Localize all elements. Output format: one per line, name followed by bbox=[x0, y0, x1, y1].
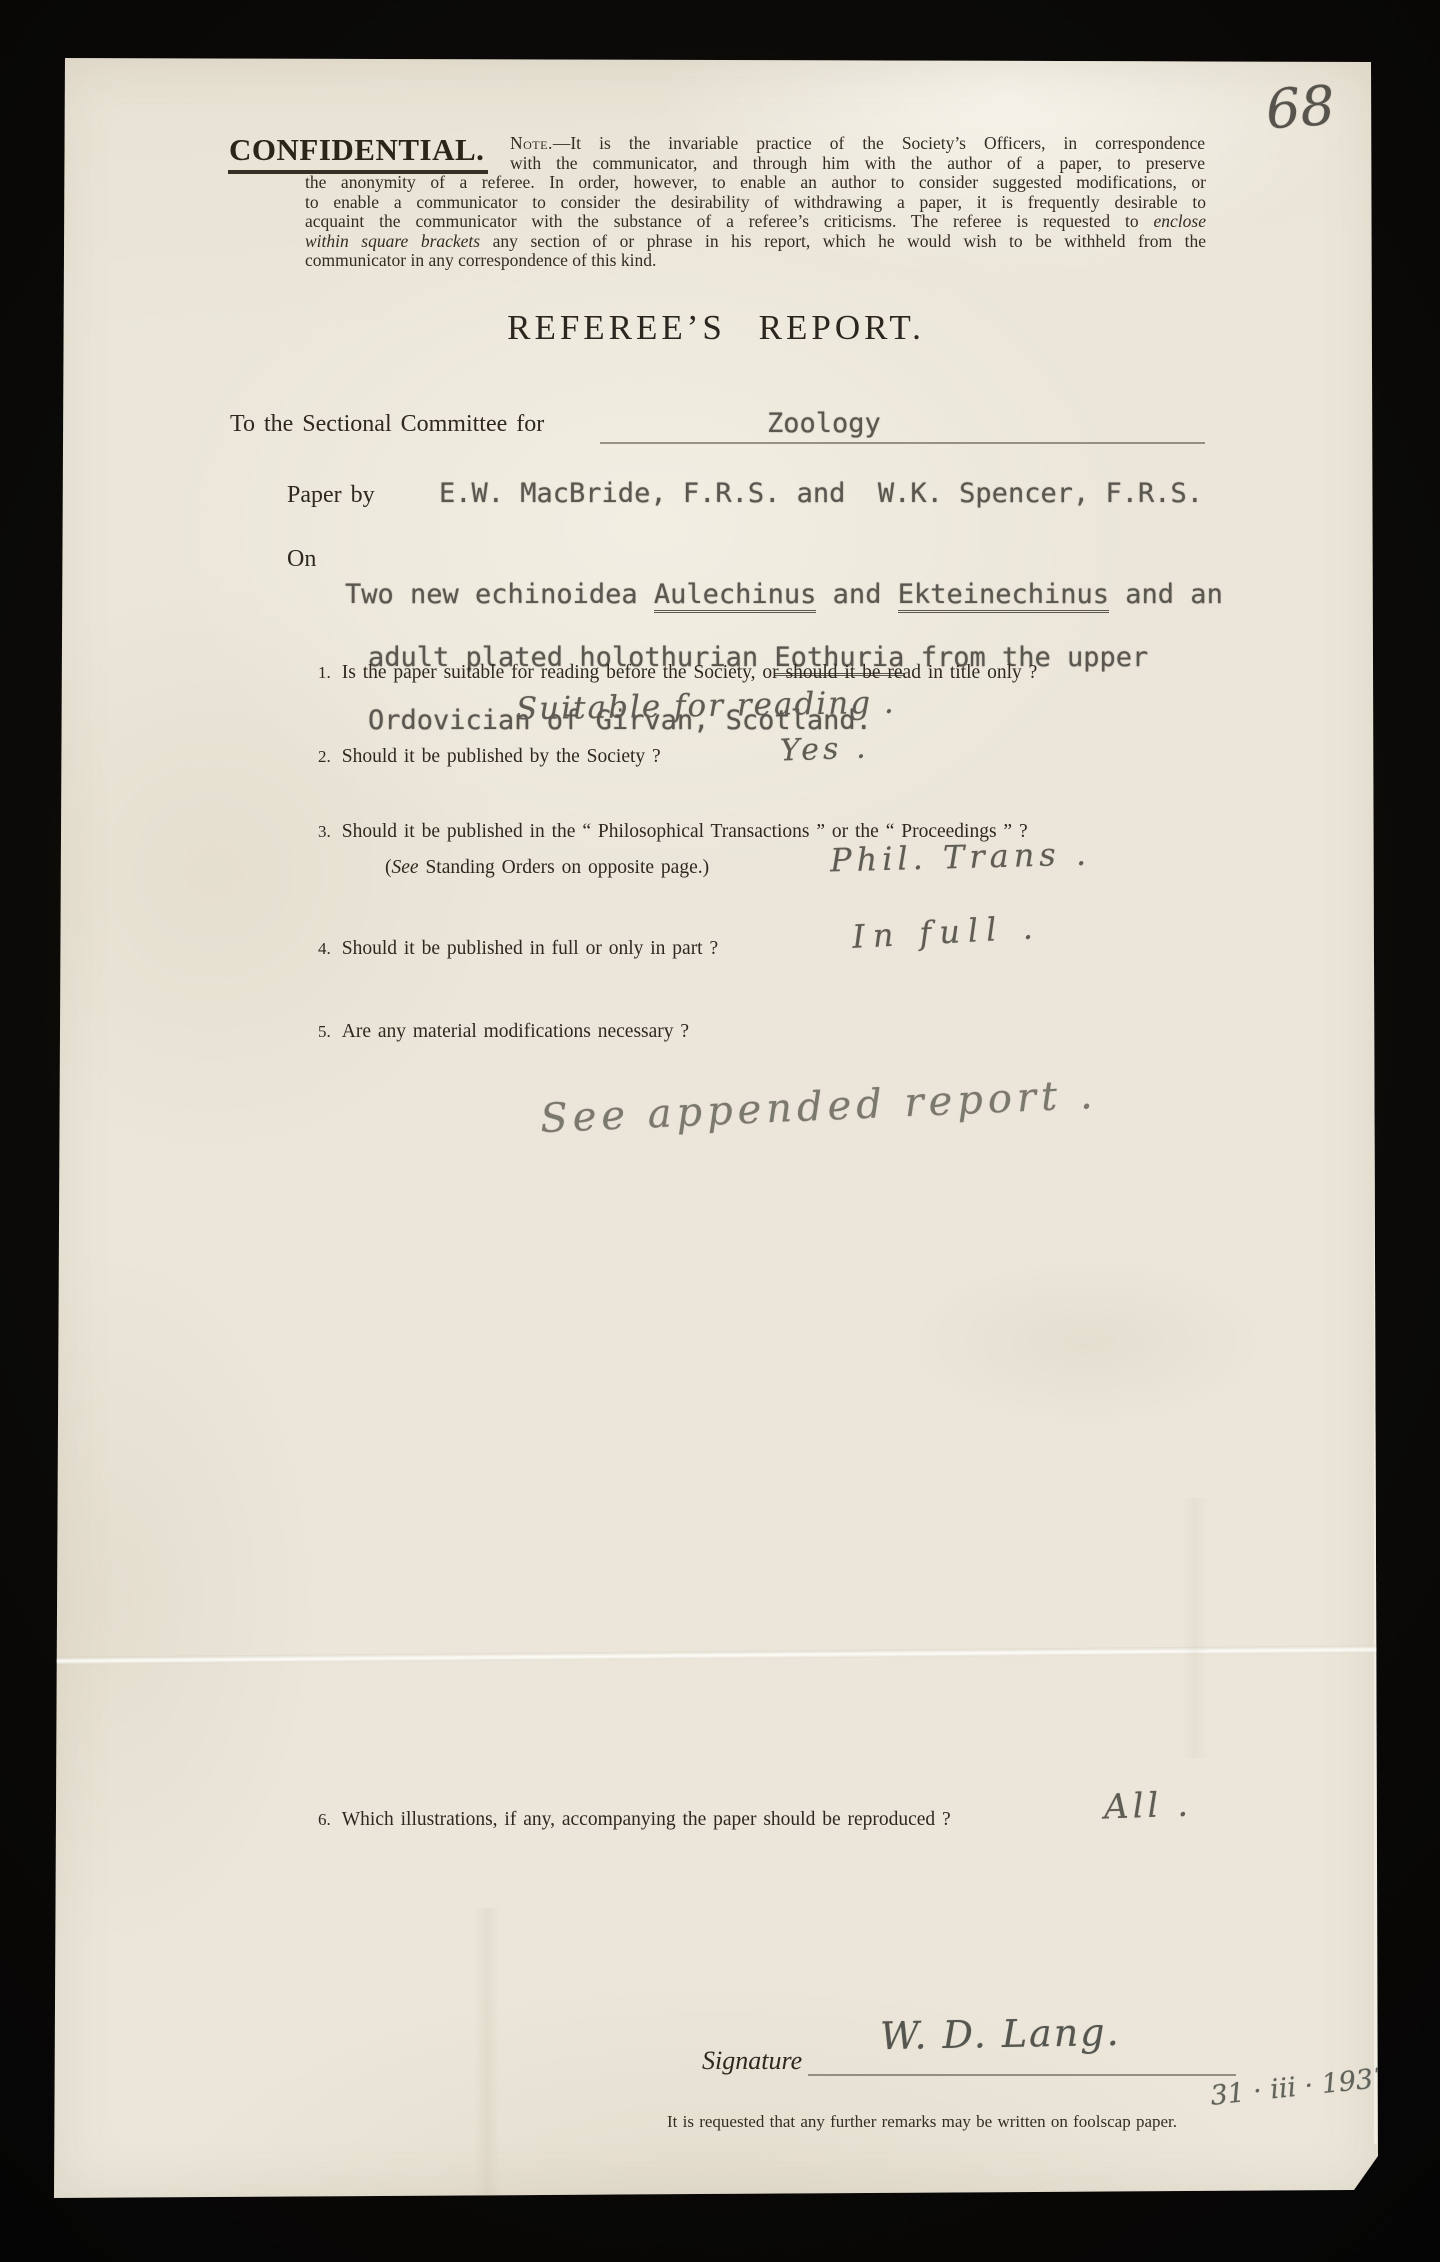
signature-label: Signature bbox=[702, 2046, 802, 2076]
note-line: with the communicator, and through him w… bbox=[510, 154, 1205, 174]
answer-6: All . bbox=[1103, 1784, 1192, 1827]
form-title: REFEREE’S REPORT. bbox=[54, 308, 1378, 348]
committee-value: Zoology bbox=[767, 408, 881, 439]
page-edge-highlight bbox=[1374, 64, 1377, 2144]
note-paragraph-body: the anonymity of a referee. In order, ho… bbox=[305, 173, 1206, 271]
question-6-text: Which illustrations, if any, accompanyin… bbox=[342, 1809, 951, 1830]
paper-authors: E.W. MacBride, F.R.S. and W.K. Spencer, … bbox=[439, 478, 1203, 509]
committee-label: To the Sectional Committee for bbox=[230, 411, 544, 438]
paper-by-label: Paper by bbox=[287, 482, 375, 509]
subject-label: On bbox=[287, 546, 316, 573]
question-1-text: Is the paper suitable for reading before… bbox=[342, 662, 1038, 683]
question-1-number: 1. bbox=[318, 663, 331, 682]
photo-backdrop: { "folio": "68", "header": { "confidenti… bbox=[0, 0, 1440, 2262]
question-2-text: Should it be published by the Society ? bbox=[342, 746, 661, 767]
question-6-number: 6. bbox=[318, 1810, 331, 1829]
note-line: within square brackets any section of or… bbox=[305, 232, 1206, 252]
committee-underline bbox=[600, 442, 1205, 444]
note-line: communicator in any correspondence of th… bbox=[305, 251, 1206, 271]
see-italic: See bbox=[392, 857, 419, 878]
question-5: 5.Are any material modifications necessa… bbox=[318, 1021, 689, 1043]
answer-5: See appended report . bbox=[539, 1072, 1098, 1142]
genus-aulechinus: Aulechinus bbox=[654, 579, 817, 613]
question-5-text: Are any material modifications necessary… bbox=[342, 1021, 689, 1042]
paper-crease-left bbox=[474, 1908, 500, 2198]
question-6: 6.Which illustrations, if any, accompany… bbox=[318, 1809, 951, 1831]
question-3-see-note: (See Standing Orders on opposite page.) bbox=[385, 857, 709, 879]
note-line: to enable a communicator to consider the… bbox=[305, 193, 1206, 213]
note-paragraph-indented: Note.—It is the invariable practice of t… bbox=[510, 134, 1205, 173]
confidential-heading: CONFIDENTIAL. bbox=[228, 132, 488, 174]
answer-1: Suitable for reading . bbox=[516, 685, 896, 728]
note-lead: Note. bbox=[510, 133, 553, 153]
note-line: the anonymity of a referee. In order, ho… bbox=[305, 173, 1206, 193]
paper-crease-right bbox=[1182, 1498, 1208, 1758]
date-annotation: 31 · iii · 1937] . bbox=[1209, 2059, 1419, 2112]
question-1: 1.Is the paper suitable for reading befo… bbox=[318, 662, 1037, 684]
note-line: acquaint the communicator with the subst… bbox=[305, 212, 1206, 232]
question-3-number: 3. bbox=[318, 822, 331, 841]
answer-4: In full . bbox=[851, 908, 1041, 956]
question-2: 2.Should it be published by the Society … bbox=[318, 746, 661, 768]
signature-name: W. D. Lang. bbox=[880, 2010, 1121, 2058]
note-line: Note.—It is the invariable practice of t… bbox=[510, 134, 1205, 154]
folio-number: 68 bbox=[1264, 74, 1337, 142]
genus-ekteinechinus: Ekteinechinus bbox=[898, 579, 1109, 613]
signature-line bbox=[808, 2074, 1236, 2076]
subject-line-1: Two new echinoidea Aulechinus and Ektein… bbox=[345, 582, 1223, 607]
question-4-number: 4. bbox=[318, 939, 331, 958]
answer-3: Phil. Trans . bbox=[830, 835, 1092, 880]
document-page: 68 CONFIDENTIAL. Note.—It is the invaria… bbox=[54, 58, 1378, 2198]
answer-2: Yes . bbox=[779, 730, 870, 768]
question-2-number: 2. bbox=[318, 747, 331, 766]
question-5-number: 5. bbox=[318, 1022, 331, 1041]
question-4-text: Should it be published in full or only i… bbox=[342, 938, 718, 959]
footer-note: It is requested that any further remarks… bbox=[636, 2112, 1208, 2132]
question-4: 4.Should it be published in full or only… bbox=[318, 938, 718, 960]
